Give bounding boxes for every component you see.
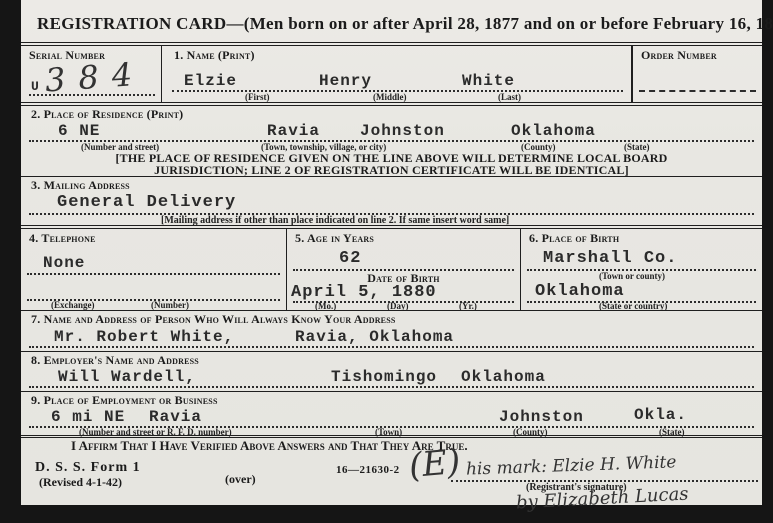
print-code: 16—21630-2 [336,464,400,476]
order-fill-line [639,90,756,92]
form-number: D. S. S. Form 1 [35,460,141,476]
telephone-label: 4. Telephone [29,231,96,246]
serial-number-cell: Serial Number U 384 [21,46,162,102]
employer-fill-line [29,386,754,388]
employment-street-value: 6 mi NE [51,408,125,426]
birthplace-cell: 6. Place of Birth Marshall Co. (Town or … [521,229,762,310]
birth-state-value: Oklahoma [535,282,625,301]
name-first-sublabel: (First) [245,92,270,102]
age-label: 5. Age in Years [295,231,374,246]
birth-state-sublabel: (State or country) [599,301,667,311]
registration-card: REGISTRATION CARD—(Men born on or after … [21,0,762,505]
employer-state-value: Oklahoma [461,368,546,386]
residence-county-value: Johnston [360,122,445,140]
employment-street-sublabel: (Number and street or R. F. D. number) [79,427,232,437]
residence-town-value: Ravia [267,122,320,140]
mailing-sublabel: [Mailing address if other than place ind… [161,215,509,226]
age-cell: 5. Age in Years 62 Date of Birth April 5… [287,229,521,310]
birth-town-sublabel: (Town or county) [599,271,665,281]
employer-name-value: Will Wardell, [58,368,196,386]
employment-county-sublabel: (County) [513,427,548,437]
name-first-value: Elzie [184,72,237,90]
affirmation-row: I Affirm That I Have Verified Above Answ… [21,438,762,452]
residence-street-value: 6 NE [58,122,100,140]
employment-county-value: Johnston [499,408,584,426]
serial-prefix: U [31,79,40,94]
contact-fill-line [29,346,754,348]
telephone-cell: 4. Telephone None (Exchange) (Number) [21,229,287,310]
footer-row: D. S. S. Form 1 (Revised 4-1-42) (over) … [21,452,762,505]
employment-state-sublabel: (State) [659,427,685,437]
residence-state-value: Oklahoma [511,122,596,140]
card-title: REGISTRATION CARD—(Men born on or after … [37,14,773,34]
birth-town-value: Marshall Co. [543,249,677,268]
employment-state-value: Okla. [634,406,687,424]
employment-label: 9. Place of Employment or Business [31,393,218,408]
employment-town-sublabel: (Town) [375,427,402,437]
employer-label: 8. Employer's Name and Address [31,353,199,368]
dob-month-sublabel: (Mo.) [315,301,336,311]
over-note: (over) [225,472,256,487]
name-middle-value: Henry [319,72,372,90]
name-last-sublabel: (Last) [498,92,521,102]
residence-section: 2. Place of Residence (Print) 6 NE Ravia… [21,106,762,177]
registrant-signature-handwritten: his mark: Elzie H. White [466,452,677,479]
employer-section: 8. Employer's Name and Address Will Ward… [21,352,762,392]
telephone-value: None [43,254,85,272]
mailing-value: General Delivery [57,193,236,212]
employment-town-value: Ravia [149,408,202,426]
contact-value-place: Ravia, Oklahoma [295,328,454,346]
identity-row: Serial Number U 384 1. Name (Print) Elzi… [21,46,762,106]
name-middle-sublabel: (Middle) [373,92,407,102]
residence-label: 2. Place of Residence (Print) [31,107,183,122]
form-revision: (Revised 4-1-42) [39,475,122,490]
telephone-exchange-sublabel: (Exchange) [51,300,95,310]
telephone-number-sublabel: (Number) [151,300,189,310]
age-value: 62 [339,249,361,268]
order-number-label: Order Number [641,48,717,63]
dob-year-sublabel: (Yr.) [459,301,477,311]
employer-town-value: Tishomingo [331,368,437,386]
employment-section: 9. Place of Employment or Business 6 mi … [21,392,762,438]
serial-number-handwritten: 384 [44,55,146,100]
dob-day-sublabel: (Day) [387,301,409,311]
name-cell: 1. Name (Print) Elzie Henry White (First… [162,46,631,102]
birthplace-label: 6. Place of Birth [529,231,619,246]
contact-value-name: Mr. Robert White, [54,328,234,346]
title-row: REGISTRATION CARD—(Men born on or after … [21,0,762,46]
phone-age-birth-row: 4. Telephone None (Exchange) (Number) 5.… [21,229,762,311]
name-last-value: White [462,72,515,90]
residence-notice-line2: JURISDICTION; LINE 2 OF REGISTRATION CER… [21,164,762,176]
order-number-cell: Order Number [631,46,762,102]
telephone-fill-line [27,273,280,275]
contact-section: 7. Name and Address of Person Who Will A… [21,311,762,352]
contact-label: 7. Name and Address of Person Who Will A… [31,312,396,327]
name-label: 1. Name (Print) [174,48,255,63]
mailing-label: 3. Mailing Address [31,178,130,193]
mailing-section: 3. Mailing Address General Delivery [Mai… [21,177,762,229]
dob-value: April 5, 1880 [291,283,437,302]
